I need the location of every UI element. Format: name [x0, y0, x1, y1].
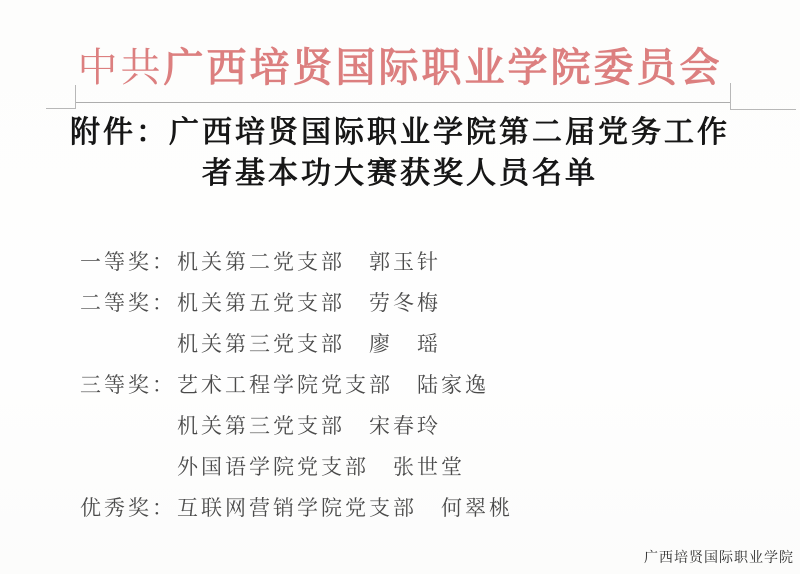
award-label: 三等奖：: [80, 369, 177, 399]
letterhead-org-name: 广西培贤国际职业学院委员会: [164, 45, 723, 90]
award-entry: 机关第二党支部 郭玉针: [177, 246, 441, 276]
letterhead: 中共广西培贤国际职业学院委员会: [0, 42, 800, 94]
award-row-first-prize: 一等奖： 机关第二党支部 郭玉针: [80, 240, 760, 281]
award-row-third-prize: 三等奖： 艺术工程学院党支部 陆家逸: [80, 363, 760, 404]
award-label: 二等奖：: [80, 287, 177, 317]
award-entry: 外国语学院党支部 张世堂: [177, 451, 465, 481]
award-entry: 艺术工程学院党支部 陆家逸: [177, 369, 489, 399]
letterhead-divider-line: [75, 102, 730, 103]
border-tick-left: [75, 85, 76, 109]
border-stub-left: [46, 108, 76, 109]
attachment-title-line2: 者基本功大赛获奖人员名单: [0, 153, 800, 194]
border-stub-right: [730, 109, 796, 110]
attachment-title-line1: 附件：广西培贤国际职业学院第二届党务工作: [0, 112, 800, 153]
award-entry: 机关第三党支部 宋春玲: [177, 410, 441, 440]
award-row-second-prize: 二等奖： 机关第五党支部 劳冬梅: [80, 281, 760, 322]
award-entry: 互联网营销学院党支部 何翠桃: [177, 492, 513, 522]
award-entry: 机关第三党支部 廖 瑶: [177, 328, 441, 358]
document-page: 中共广西培贤国际职业学院委员会 附件：广西培贤国际职业学院第二届党务工作 者基本…: [0, 0, 800, 574]
award-row-third-prize-continued: 外国语学院党支部 张世堂: [80, 445, 760, 486]
award-row-excellence-prize: 优秀奖： 互联网营销学院党支部 何翠桃: [80, 486, 760, 527]
footer-school-name: 广西培贤国际职业学院: [644, 547, 794, 567]
award-row-second-prize-continued: 机关第三党支部 廖 瑶: [80, 322, 760, 363]
award-label: 优秀奖：: [80, 492, 177, 522]
award-label: 一等奖：: [80, 246, 177, 276]
award-entry: 机关第五党支部 劳冬梅: [177, 287, 441, 317]
attachment-title: 附件：广西培贤国际职业学院第二届党务工作 者基本功大赛获奖人员名单: [0, 112, 800, 194]
letterhead-prefix: 中共: [78, 45, 164, 90]
border-tick-right: [730, 83, 731, 109]
award-row-third-prize-continued: 机关第三党支部 宋春玲: [80, 404, 760, 445]
award-list: 一等奖： 机关第二党支部 郭玉针 二等奖： 机关第五党支部 劳冬梅 机关第三党支…: [80, 240, 760, 527]
